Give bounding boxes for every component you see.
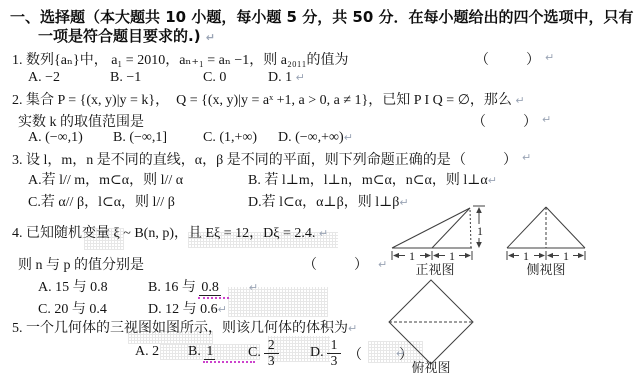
q5-option-c: C.23	[248, 336, 279, 370]
q4-option-c: C. 20 与 0.4	[38, 298, 107, 318]
question-5-stem-row: 5. 一个几何体的三视图如图所示，则该几何体的体积为↵	[0, 317, 636, 337]
side-view-label: 侧视图	[526, 262, 565, 277]
answer-bracket: （ ）	[472, 111, 540, 131]
q5-option-d: D.13	[310, 336, 341, 370]
question-2-stem-row: 2. 集合 P = {(x, y)|y = k}， Q = {(x, y)|y …	[0, 89, 636, 109]
fraction-numerator: 2	[264, 338, 279, 353]
fraction: 23	[264, 338, 279, 367]
paragraph-mark: ↵	[545, 51, 554, 64]
paragraph-mark: ↵	[218, 303, 227, 316]
question-2-stem: 2. 集合 P = {(x, y)|y = k}， Q = {(x, y)|y …	[12, 89, 525, 109]
paragraph-mark: ↵	[522, 151, 531, 164]
question-4-options-cd: C. 20 与 0.4 D. 12 与 0.6↵	[0, 298, 636, 318]
q3-option-a: A.若 l// m，m⊂α，则 l// α	[28, 169, 183, 189]
option-text: D. 1	[268, 70, 292, 85]
paragraph-mark: ↵	[249, 281, 258, 294]
underlined-value: 0.8	[199, 280, 221, 296]
question-5-stem: 5. 一个几何体的三视图如图所示，则该几何体的体积为↵	[12, 317, 357, 337]
question-4-stem: 4. 已知随机变量 ξ ~ B(n, p)，且 Eξ = 12，Dξ = 2.4…	[12, 222, 328, 242]
fraction-denominator: 3	[327, 354, 342, 368]
fraction: 13	[327, 338, 342, 367]
paragraph-mark: ↵	[296, 71, 305, 84]
stem-text: 4. 已知随机变量 ξ ~ B(n, p)，且 Eξ = 12，Dξ = 2.4…	[12, 226, 315, 241]
question-3-options-ab: A.若 l// m，m⊂α，则 l// α B. 若 l⊥m，l⊥n，m⊂α，n…	[0, 169, 636, 189]
question-3-stem-row: 3. 设 l，m，n 是不同的直线，α，β 是不同的平面，则下列命题正确的是 （…	[0, 149, 636, 169]
q2-option-c: C. (1,+∞)	[203, 130, 257, 146]
stem-text: 2. 集合 P = {(x, y)|y = k}， Q = {(x, y)|y …	[12, 93, 512, 108]
q2-option-a: A. (−∞,1)	[28, 130, 83, 146]
question-1-stem: 1. 数列{aₙ}中， a₁ = 2010，aₙ₊₁ = aₙ −1，则 a₂₀…	[12, 49, 349, 69]
option-text: D. 12 与 0.6	[148, 302, 218, 317]
answer-bracket: （ ）	[475, 49, 543, 69]
side-view-base-right-label: 1	[563, 249, 569, 263]
exam-document-page: 一、选择题（本大题共 10 小题，每小题 5 分，共 50 分．在每小题给出的四…	[0, 0, 636, 373]
top-view-diagram: 俯视图	[386, 276, 481, 373]
option-text: B. 若 l⊥m，l⊥n，m⊂α，n⊂α，则 l⊥α	[248, 173, 488, 188]
option-text: D.	[310, 345, 324, 361]
option-text: B. 16 与	[148, 280, 199, 295]
paragraph-mark: ↵	[348, 322, 357, 335]
paragraph-mark: ↵	[542, 113, 551, 126]
paragraph-mark: ↵	[319, 227, 328, 240]
q1-option-c: C. 0	[203, 70, 226, 86]
q3-option-c: C.若 α// β，l⊂α，则 l// β	[28, 191, 175, 211]
q5-option-a: A. 2	[135, 344, 159, 360]
q4-option-a: A. 15 与 0.8	[38, 276, 108, 296]
q3-option-b: B. 若 l⊥m，l⊥n，m⊂α，n⊂α，则 l⊥α↵	[248, 169, 497, 189]
front-view-base-left-label: 1	[409, 249, 415, 263]
section-header-line2-row: 一项是符合题目要求的.) ↵	[0, 25, 636, 45]
section-header: 一、选择题（本大题共 10 小题，每小题 5 分，共 50 分．在每小题给出的四…	[0, 6, 636, 26]
q1-option-d: D. 1 ↵	[268, 70, 305, 86]
front-view-label: 正视图	[415, 262, 454, 277]
paragraph-mark: ↵	[488, 174, 497, 187]
paragraph-mark: ↵	[515, 94, 524, 107]
option-text: C.	[248, 345, 261, 361]
option-text: B.	[188, 344, 204, 359]
q4-option-b: B. 16 与 0.8↵	[148, 276, 258, 296]
question-2-stem2: 实数 k 的取值范围是	[18, 111, 144, 131]
front-view-diagram: 1 1 1 正视图	[385, 198, 490, 278]
underlined-value: 1	[204, 344, 215, 360]
option-text: D.若 l⊂α，α⊥β，则 l⊥β	[248, 195, 399, 210]
side-view-base-left-label: 1	[523, 249, 529, 263]
paragraph-mark: ↵	[344, 131, 353, 144]
answer-bracket: （ ）	[303, 254, 371, 274]
q2-option-b: B. (−∞,1]	[113, 130, 167, 146]
q4-option-d: D. 12 与 0.6↵	[148, 298, 227, 318]
q2-option-d: D. (−∞,+∞)↵	[278, 130, 353, 146]
header-text: 一项是符合题目要求的.)	[38, 27, 201, 45]
question-1-stem-row: 1. 数列{aₙ}中， a₁ = 2010，aₙ₊₁ = aₙ −1，则 a₂₀…	[0, 49, 636, 69]
section-header-line2: 一项是符合题目要求的.) ↵	[38, 25, 215, 46]
question-1-options: A. −2 B. −1 C. 0 D. 1 ↵	[0, 70, 636, 90]
question-4-options-ab: A. 15 与 0.8 B. 16 与 0.8↵	[0, 276, 636, 296]
question-2-stem2-row: 实数 k 的取值范围是 （ ） ↵	[0, 111, 636, 131]
top-view-label: 俯视图	[411, 360, 450, 373]
stem-text: 5. 一个几何体的三视图如图所示，则该几何体的体积为	[12, 321, 348, 336]
question-2-options: A. (−∞,1) B. (−∞,1] C. (1,+∞) D. (−∞,+∞)…	[0, 130, 636, 150]
section-header-line1: 一、选择题（本大题共 10 小题，每小题 5 分，共 50 分．在每小题给出的四…	[10, 6, 634, 27]
question-4-stem2: 则 n 与 p 的值分别是	[18, 254, 144, 274]
front-view-base-right-label: 1	[449, 249, 455, 263]
q1-option-a: A. −2	[28, 70, 60, 86]
fraction-numerator: 1	[327, 338, 342, 353]
answer-bracket: （ ）	[452, 149, 520, 169]
paragraph-mark: ↵	[206, 31, 215, 44]
question-3-stem: 3. 设 l，m，n 是不同的直线，α，β 是不同的平面，则下列命题正确的是	[12, 149, 451, 169]
option-text: D. (−∞,+∞)	[278, 130, 344, 145]
q1-option-b: B. −1	[110, 70, 141, 86]
side-view-diagram: 1 1 侧视图	[498, 198, 598, 278]
fraction-denominator: 3	[264, 354, 279, 368]
q5-option-b: B. 1	[188, 344, 215, 360]
front-view-height-label: 1	[477, 224, 483, 238]
question-5-options: A. 2 B. 1 C.23 D.13 （ ） ↵	[0, 336, 636, 372]
